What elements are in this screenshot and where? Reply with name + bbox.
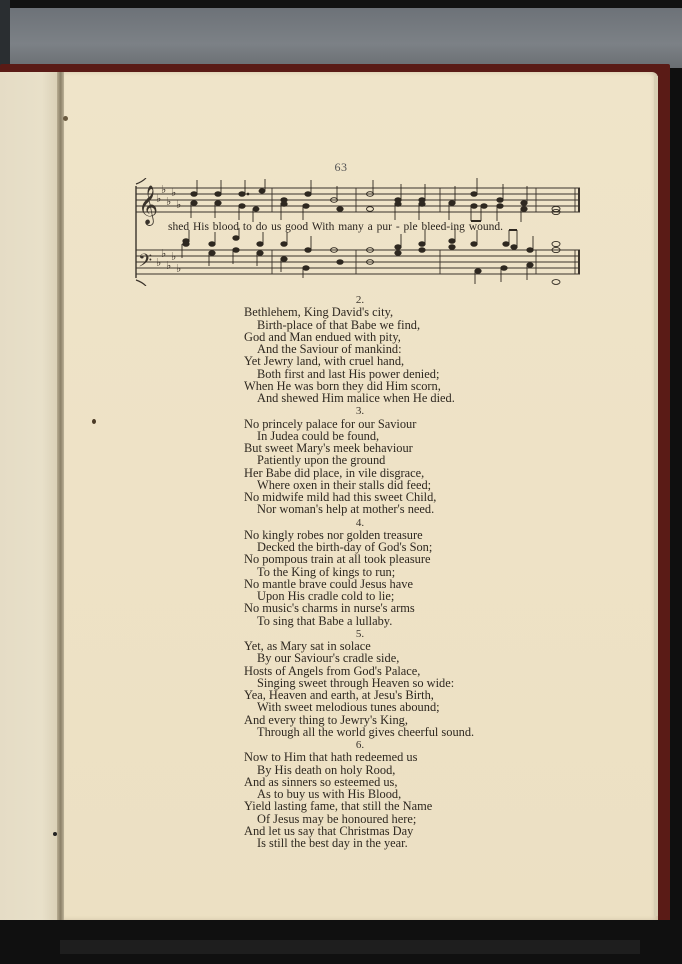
verse-number: 3. bbox=[244, 405, 476, 417]
left-page bbox=[0, 72, 60, 920]
verse-line: With sweet melodious tunes abound; bbox=[244, 701, 504, 713]
verse-3: 3. No princely palace for our Saviour In… bbox=[244, 405, 504, 515]
verse-line: Her Babe did place, in vile disgrace, bbox=[244, 467, 504, 479]
verse-line: No princely palace for our Saviour bbox=[244, 418, 504, 430]
svg-text:♭: ♭ bbox=[176, 198, 181, 211]
verse-line: To the King of kings to run; bbox=[244, 566, 504, 578]
verses: 2. Bethlehem, King David's city, Birth-p… bbox=[244, 293, 504, 849]
verse-line: To sing that Babe a lullaby. bbox=[244, 615, 504, 627]
verse-line: Yield lasting fame, that still the Name bbox=[244, 800, 504, 812]
bass-clef-icon: 𝄢 bbox=[138, 251, 152, 276]
svg-text:♭: ♭ bbox=[176, 262, 181, 275]
verse-5: 5. Yet, as Mary sat in solace By our Sav… bbox=[244, 628, 504, 738]
verse-line: Yet Jewry land, with cruel hand, bbox=[244, 355, 504, 367]
verse-line: Nor woman's help at mother's need. bbox=[244, 503, 504, 515]
page-edge bbox=[654, 76, 658, 916]
verse-line: By our Saviour's cradle side, bbox=[244, 652, 504, 664]
verse-line: Bethlehem, King David's city, bbox=[244, 306, 504, 318]
verse-6: 6. Now to Him that hath redeemed us By H… bbox=[244, 739, 504, 849]
verse-line: Is still the best day in the year. bbox=[244, 837, 504, 849]
verse-4: 4. No kingly robes nor golden treasure D… bbox=[244, 517, 504, 627]
verse-line: Both first and last His power denied; bbox=[244, 368, 504, 380]
page-number: 63 bbox=[0, 160, 682, 175]
paper-spot bbox=[53, 832, 57, 836]
paper-spot bbox=[63, 116, 68, 121]
verse-line: Through all the world gives cheerful sou… bbox=[244, 726, 504, 738]
verse-number: 4. bbox=[244, 517, 476, 529]
backdrop-top-edge bbox=[0, 0, 682, 8]
backdrop-bottom-bar bbox=[60, 940, 640, 954]
verse-line: Patiently upon the ground bbox=[244, 454, 504, 466]
score-lyrics: shed His blood to do us good With many a… bbox=[168, 221, 588, 233]
verse-line: No pompous train at all took pleasure bbox=[244, 553, 504, 565]
verse-2: 2. Bethlehem, King David's city, Birth-p… bbox=[244, 294, 504, 404]
verse-line: And every thing to Jewry's King, bbox=[244, 714, 504, 726]
backdrop-left bbox=[0, 0, 10, 70]
verse-line: Birth-place of that Babe we find, bbox=[244, 319, 504, 331]
verse-line: Of Jesus may be honoured here; bbox=[244, 813, 504, 825]
verse-line: Hosts of Angels from God's Palace, bbox=[244, 665, 504, 677]
verse-line: By His death on holy Rood, bbox=[244, 764, 504, 776]
backdrop-gray bbox=[10, 8, 682, 68]
verse-line: Now to Him that hath redeemed us bbox=[244, 751, 504, 763]
paper-spot bbox=[92, 419, 96, 424]
verse-line: No music's charms in nurse's arms bbox=[244, 602, 504, 614]
verse-line: And shewed Him malice when He died. bbox=[244, 392, 504, 404]
